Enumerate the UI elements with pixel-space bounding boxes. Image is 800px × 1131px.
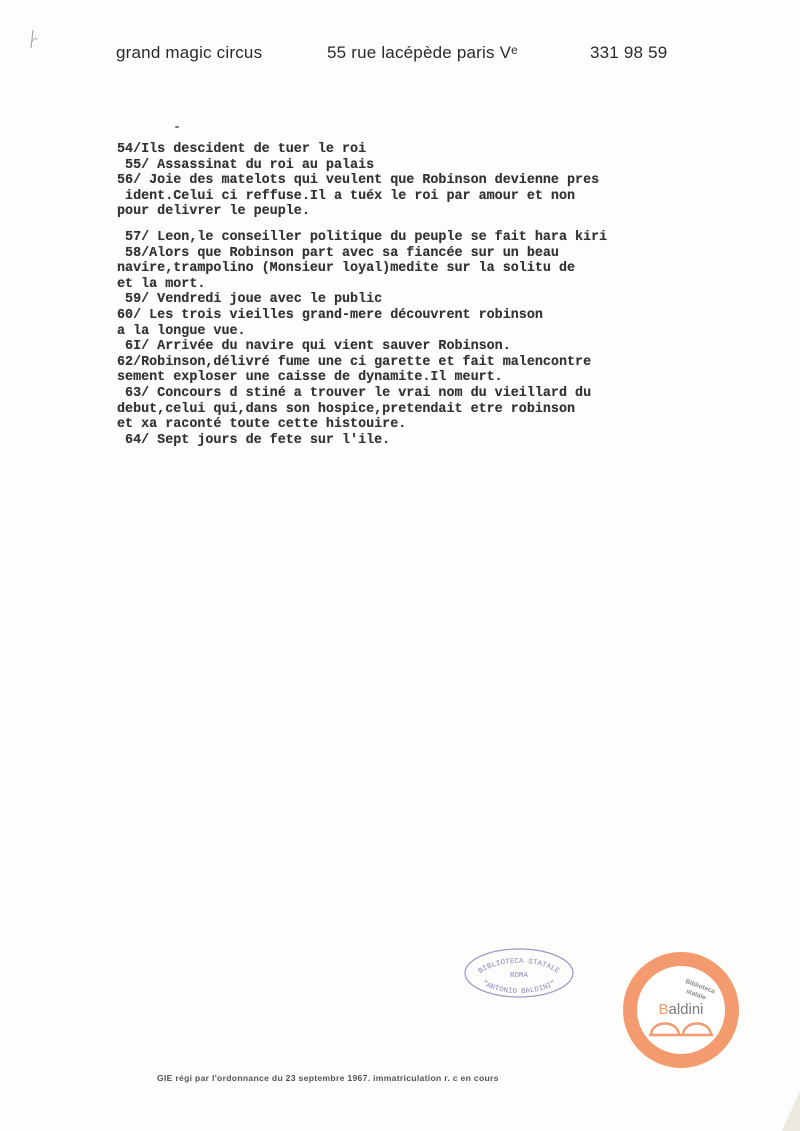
typed-line: 54/Ils descident de tuer le roi <box>117 142 737 158</box>
typed-line: et xa raconté toute cette histouire. <box>117 417 737 433</box>
logo-name: aldini <box>668 1001 703 1018</box>
typed-scene-list: 54/Ils descident de tuer le roi 55/ Assa… <box>117 142 737 448</box>
ink-dot <box>175 126 179 128</box>
page-corner-fold <box>782 1091 800 1131</box>
stamp-line-2: ROMA <box>510 972 529 980</box>
typed-line: a la longue vue. <box>117 324 737 340</box>
typed-line: pour delivrer le peuple. <box>117 204 737 220</box>
logo-initial: B <box>658 1001 668 1018</box>
pencil-mark <box>25 28 45 52</box>
typed-line: 58/Alors que Robinson part avec sa fianc… <box>117 246 737 262</box>
footer-legal-text: GIE régi par l'ordonnance du 23 septembr… <box>157 1073 499 1083</box>
typed-line: et la mort. <box>117 277 737 293</box>
baldini-logo: Biblioteca statale Baldini <box>621 950 741 1070</box>
company-address: 55 rue lacépède paris Vᵉ <box>327 43 518 63</box>
typed-line: 6I/ Arrivée du navire qui vient sauver R… <box>117 339 737 355</box>
typed-line: 56/ Joie des matelots qui veulent que Ro… <box>117 173 737 189</box>
typed-line: 63/ Concours d stiné a trouver le vrai n… <box>117 386 737 402</box>
typed-line: sement exploser une caisse de dynamite.I… <box>117 370 737 386</box>
typed-line: 62/Robinson,délivré fume une ci garette … <box>117 355 737 371</box>
line-gap <box>117 220 737 230</box>
svg-text:Baldini: Baldini <box>658 1001 703 1018</box>
typed-line: 64/ Sept jours de fete sur l'ile. <box>117 433 737 449</box>
typed-line: 57/ Leon,le conseiller politique du peup… <box>117 230 737 246</box>
typed-line: 60/ Les trois vieilles grand-mere découv… <box>117 308 737 324</box>
library-stamp: BIBLIOTECA STATALE ROMA "ANTONIO BALDINI… <box>463 947 575 999</box>
company-phone: 331 98 59 <box>590 43 667 63</box>
typed-line: debut,celui qui,dans son hospice,pretend… <box>117 402 737 418</box>
typed-line: 55/ Assassinat du roi au palais <box>117 158 737 174</box>
typed-line: ident.Celui ci reffuse.Il a tuéx le roi … <box>117 189 737 205</box>
typed-line: navire,trampolino (Monsieur loyal)medite… <box>117 261 737 277</box>
company-name: grand magic circus <box>116 43 262 63</box>
typed-line: 59/ Vendredi joue avec le public <box>117 292 737 308</box>
